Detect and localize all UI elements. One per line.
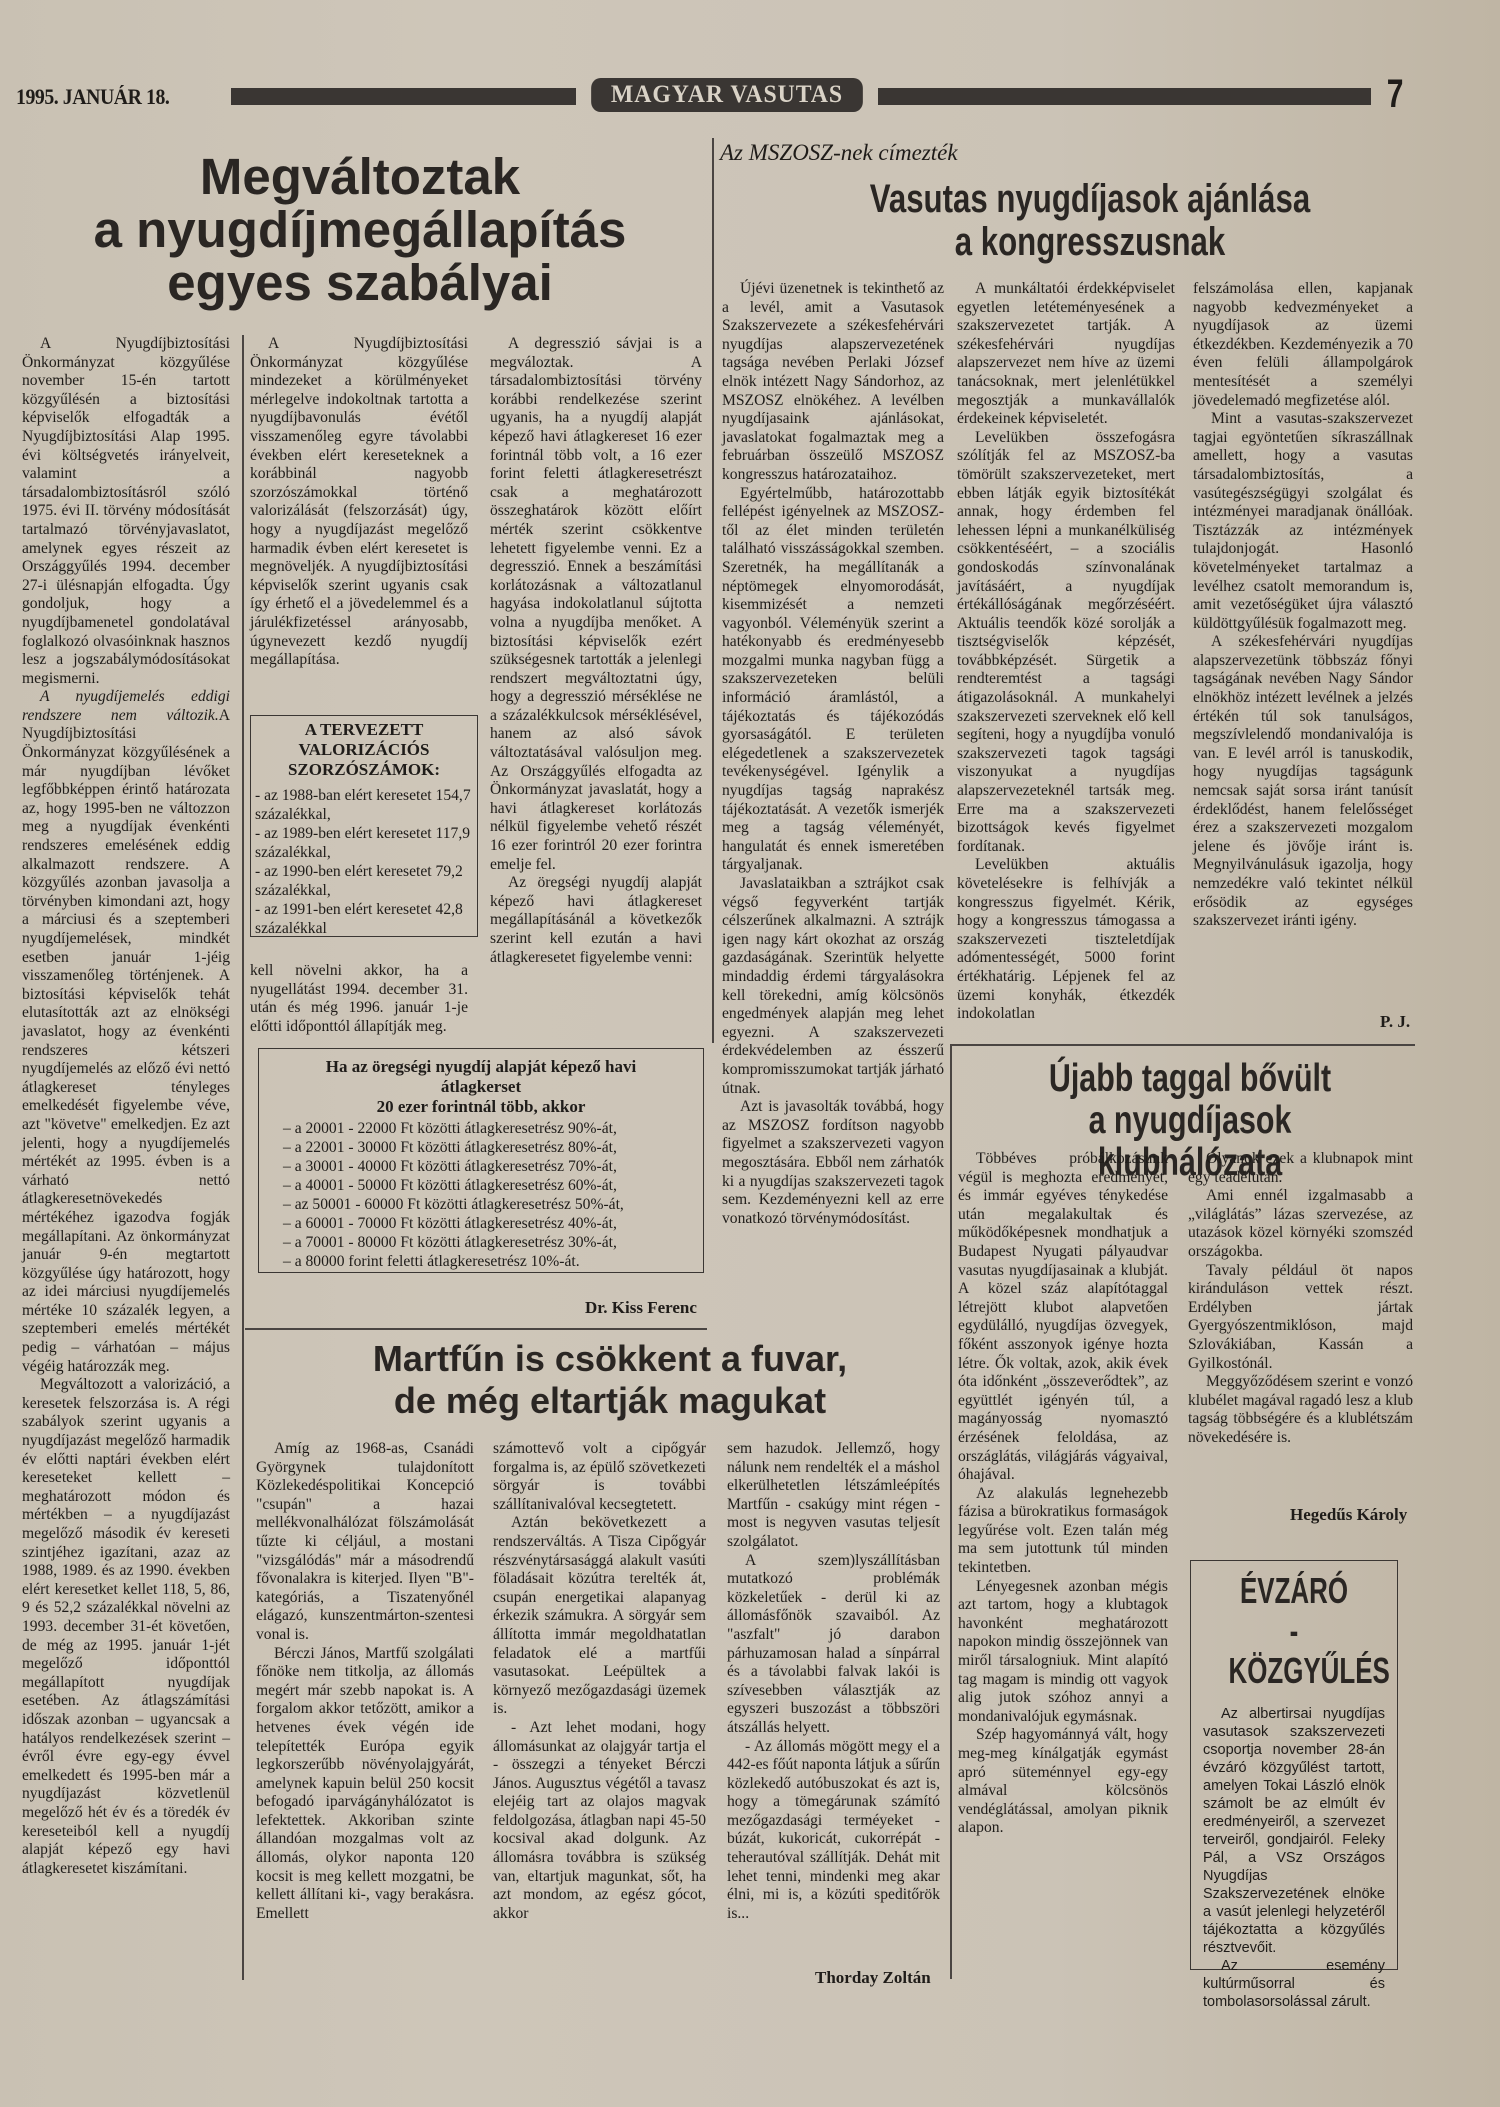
degression-box: Ha az öregségi nyugdíj alapját képező ha… — [258, 1048, 704, 1273]
section-rule — [950, 1044, 1415, 1046]
article1-col2-cont: kell növelni akkor, ha a nyugellátást 19… — [250, 962, 468, 1036]
issue-date: 1995. JANUÁR 18. — [16, 84, 169, 110]
paper-logo: MAGYAR VASUTAS — [591, 78, 863, 112]
masthead-rule-right — [878, 88, 1371, 105]
masthead-rule-left — [231, 88, 576, 105]
column-rule — [242, 335, 244, 1980]
article4-box: ÉVZÁRÓ - KÖZGYŰLÉS Az albertirsai nyugdí… — [1190, 1560, 1398, 1970]
column-rule — [712, 138, 714, 1043]
column-rule — [950, 1044, 952, 1979]
article1-headline: Megváltoztak a nyugdíjmegállapítás egyes… — [20, 150, 700, 309]
article2-col3: felszámolása ellen, kapjanak nagyobb ked… — [1193, 280, 1413, 931]
section-rule — [245, 1328, 707, 1330]
article4-headline: ÉVZÁRÓ - KÖZGYŰLÉS — [1228, 1571, 1359, 1691]
article2-col2: A munkáltatói érdekképviselet egyetlen l… — [957, 280, 1175, 1024]
masthead: 1995. JANUÁR 18. MAGYAR VASUTAS 7 — [16, 78, 1470, 114]
article4-body: Az albertirsai nyugdíjas vasutasok szaks… — [1203, 1705, 1385, 2011]
article5-headline: Martfűn is csökkent a fuvar, de még elta… — [260, 1338, 960, 1422]
article5-author: Thorday Zoltán — [815, 1968, 931, 1988]
article2-kicker: Az MSZOSZ-nek címezték — [720, 140, 958, 166]
article1-col1: A Nyugdíjbiztosítási Önkormányzat közgyű… — [22, 335, 230, 1878]
article1-author: Dr. Kiss Ferenc — [585, 1298, 697, 1318]
article2-author: P. J. — [1380, 1012, 1410, 1032]
article2-headline: Vasutas nyugdíjasok ajánlása a kongressz… — [786, 178, 1394, 264]
article5-col1: Amíg az 1968-as, Csanádi Györgynek tulaj… — [256, 1440, 474, 1923]
article2-col1: Újévi üzenetnek is tekinthető az a levél… — [722, 280, 944, 1228]
article3-col2: Olyanok ezek a klubnapok mint egy teadél… — [1188, 1150, 1413, 1448]
article5-col3: sem hazudok. Jellemző, hogy nálunk nem r… — [727, 1440, 940, 1923]
article3-col1: Többéves próbálkozásunk végül is meghozt… — [958, 1150, 1168, 1838]
newspaper-page: 1995. JANUÁR 18. MAGYAR VASUTAS 7 Megvál… — [0, 0, 1500, 2107]
article1-col3: A degresszió sávjai is a megváloztak. A … — [490, 335, 702, 967]
valorization-box: A TERVEZETT VALORIZÁCIÓS SZORZÓSZÁMOK: -… — [250, 715, 478, 937]
article5-col2: számottevő volt a cipőgyár forgalma is, … — [493, 1440, 706, 1923]
page-number: 7 — [1387, 72, 1404, 117]
article1-col2: A Nyugdíjbiztosítási Önkormányzat közgyű… — [250, 335, 468, 670]
article3-author: Hegedűs Károly — [1290, 1505, 1407, 1525]
